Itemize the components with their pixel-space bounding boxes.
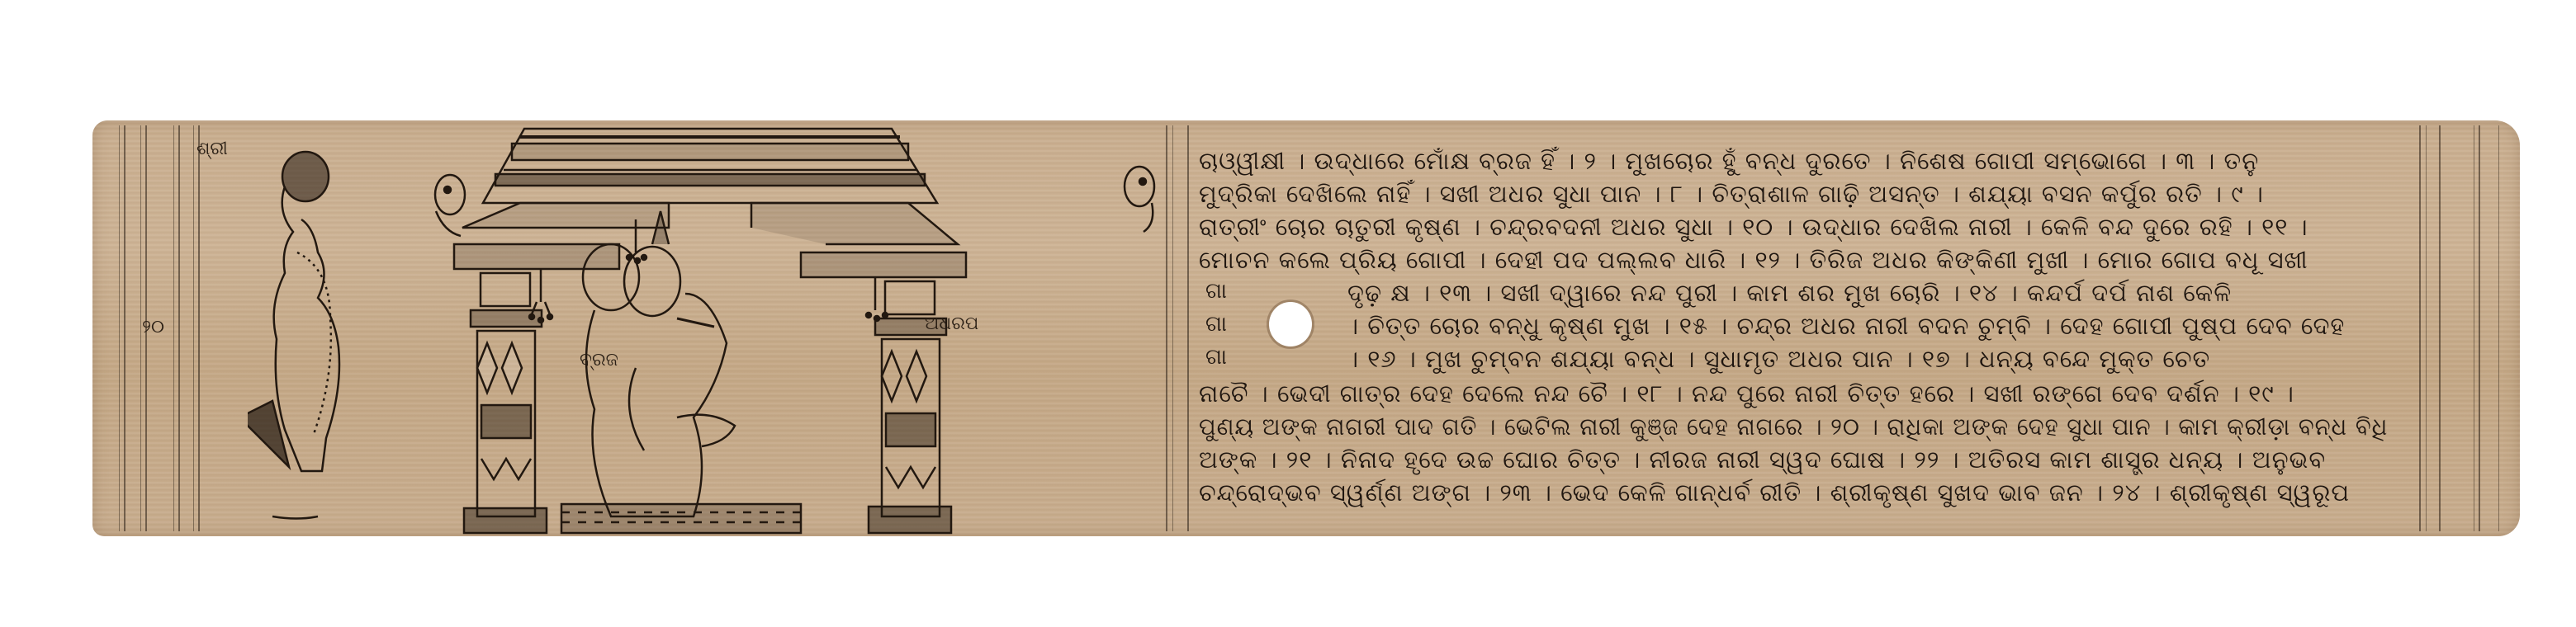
margin-rule-line: [140, 125, 141, 531]
margin-rule-line: [178, 125, 180, 531]
parrot-right: [1125, 167, 1154, 232]
illustration-label-right: ଅଧରପ: [925, 313, 978, 334]
text-line-5: ଦୃଢ଼ କ୍ଷ । ୧୩ । ସଖୀ ଦ୍ୱାରେ ନନ୍ଦ ପୁରୀ । କ…: [1347, 279, 2232, 308]
illustration: [248, 120, 1168, 536]
pillar-left: [464, 273, 547, 533]
margin-rule-line: [124, 125, 125, 531]
margin-rule-line: [2479, 125, 2480, 531]
temple-canopy: [454, 129, 966, 277]
margin-rule-line: [2498, 125, 2499, 531]
margin-rule-line: [2439, 125, 2441, 531]
folio-number: ୨୦: [142, 317, 164, 337]
margin-rule-line: [173, 125, 174, 531]
text-line-7: । ୧୬ । ମୁଖ ଚୁମ୍ବନ ଶଯ୍ୟା ବନ୍ଧ । ସୁଧାମୃତ ଅ…: [1347, 345, 2210, 374]
margin-rule-line: [2419, 125, 2421, 531]
text-line-8: ନାଚୈ । ଭେଦୀ ଗାତ୍ର ଦେହ ଦେଲେ ନନ୍ଦ ଚୈ । ୧୮ …: [1199, 379, 2294, 408]
text-line-9: ପୁଣ୍ୟ ଅଙ୍କ ନାଗରୀ ପାଦ ଗତି । ଭେଟିଲ ନାରୀ କୁ…: [1199, 412, 2388, 441]
hole-side-char: ଗା: [1205, 312, 1227, 337]
text-line-4: ମୋଚନ କଲେ ପ୍ରିୟ ଗୋପୀ । ଦେହୀ ପଦ ପଲ୍ଲବ ଧାରି…: [1199, 246, 2308, 275]
margin-invocation-mark: ଶ୍ରୀ: [197, 139, 228, 159]
separator-rule-line: [1187, 125, 1189, 531]
margin-rule-line: [2474, 125, 2474, 531]
separator-rule-line: [1172, 125, 1173, 531]
margin-rule-line: [198, 125, 200, 531]
margin-rule-line: [2426, 125, 2427, 531]
parrot-left: [435, 175, 465, 236]
text-line-3: ରାତ୍ରୀଂ ଚୋର ଚାତୁରୀ କୃଷ୍ଣ । ଚନ୍ଦ୍ରବଦନୀ ଅଧ…: [1199, 213, 2308, 242]
margin-rule-line: [193, 125, 194, 531]
text-line-1: ଚାଓ୍ୱୀକ୍ଷୀ । ଉଦ୍ଧାରେ ମୋଁକ୍ଷ ବ୍ରଜ ହିଁ । ୨…: [1199, 147, 2259, 176]
text-line-6: । ଚିତ୍ତ ଚୋର ବନ୍ଧୁ କୃଷ୍ଣ ମୁଖ । ୧୫ । ଚନ୍ଦ୍…: [1347, 312, 2345, 341]
string-hole: [1269, 302, 1312, 346]
hole-side-char: ଗା: [1205, 345, 1227, 370]
margin-rule-line: [119, 125, 120, 531]
attendant-figure: [248, 152, 339, 519]
text-line-10: ଅଙ୍କ । ୨୧ । ନିନାଦ ହୃଦେ ଉଚ୍ଚ ଘୋର ଚିତ୍ତ । …: [1199, 445, 2326, 474]
checkered-platform: [561, 504, 801, 533]
hole-side-char: ଗା: [1205, 279, 1227, 304]
illustration-label-left: ବ୍ରଜ: [580, 350, 618, 370]
text-line-11: ଚନ୍ଦ୍ରୋଦ୍ଭବ ସ୍ୱର୍ଣ୍ଣ ଅଙ୍ଗ । ୨୩ । ଭେଦ କେଳ…: [1199, 478, 2350, 507]
text-line-2: ମୁଦ୍ରିକା ଦେଖିଲେ ନାହିଁ । ସଖୀ ଅଧର ସୁଧା ପାନ…: [1199, 180, 2264, 209]
